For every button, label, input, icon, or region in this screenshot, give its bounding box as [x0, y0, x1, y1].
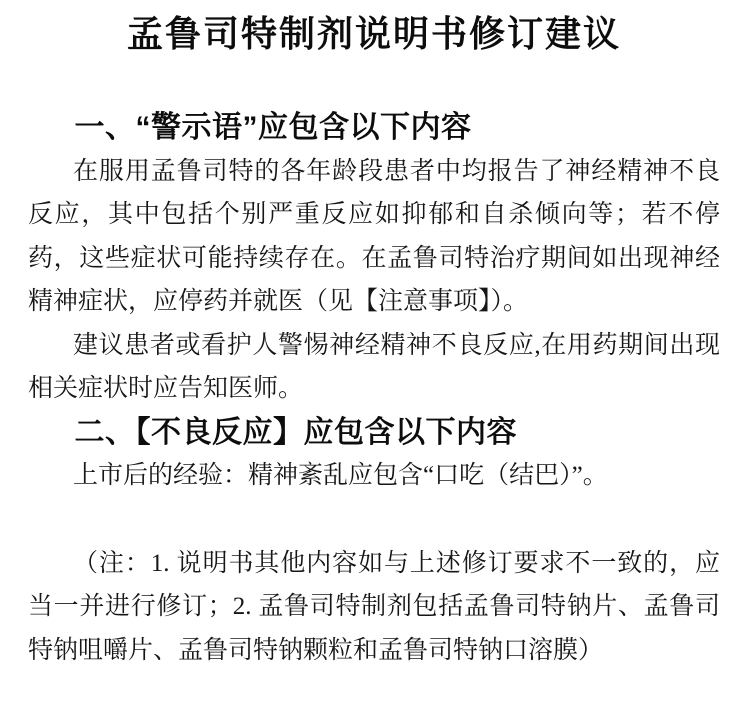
section-2-heading: 二、【不良反应】应包含以下内容 — [28, 411, 720, 455]
section-1-paragraph-1: 在服用孟鲁司特的各年龄段患者中均报告了神经精神不良反应，其中包括个别严重反应如抑… — [28, 150, 720, 324]
section-2-paragraph-1: 上市后的经验：精神紊乱应包含“口吃（结巴）”。 — [28, 454, 720, 498]
section-1-heading: 一、“警示语”应包含以下内容 — [28, 106, 720, 150]
document-title: 孟鲁司特制剂说明书修订建议 — [28, 8, 720, 60]
section-1-paragraph-2: 建议患者或看护人警惕神经精神不良反应,在用药期间出现相关症状时应告知医师。 — [28, 324, 720, 411]
document-page: 孟鲁司特制剂说明书修订建议 一、“警示语”应包含以下内容 在服用孟鲁司特的各年龄… — [0, 0, 750, 714]
note-paragraph: （注：1. 说明书其他内容如与上述修订要求不一致的，应当一并进行修订；2. 孟鲁… — [28, 542, 720, 673]
